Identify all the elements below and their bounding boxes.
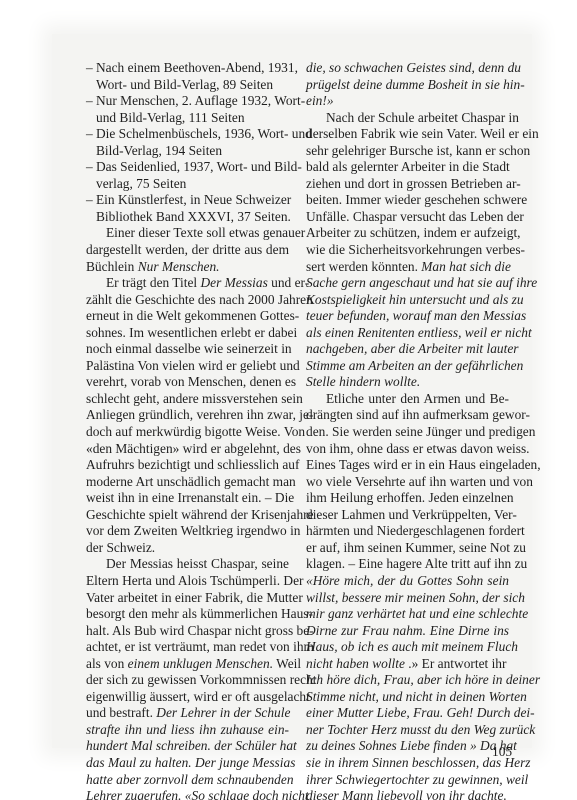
text-line: wie die Sicherheitsvorkehrungen verbes- (306, 242, 509, 259)
italic-run: willst, bessere mir meinen Sohn, der sic… (306, 590, 525, 605)
text-line: als von einem unklugen Menschen. Weil (86, 656, 289, 673)
text-line: härmten und Niedergeschlagenen fordert (306, 523, 509, 540)
text-line: Eines Tages wird er in ein Haus eingelad… (306, 457, 509, 474)
text-line: weist ihn in eine Irrenanstalt ein. – Di… (86, 490, 289, 507)
right-text-column: die, so schwachen Geistes sind, denn dup… (306, 60, 509, 800)
text-line: «Höre mich, der du Gottes Sohn sein (306, 573, 509, 590)
text-line: Unfälle. Chaspar versucht das Leben der (306, 209, 509, 226)
italic-run: hundert Mal schreiben. der Schüler hat (86, 738, 297, 753)
italic-run: die, so schwachen Geistes sind, denn du (306, 60, 521, 75)
text-line: Stimme am Arbeiten an der gefährlichen (306, 358, 509, 375)
text-line: Geschichte spielt während der Krisenjahr… (86, 507, 289, 524)
italic-run: Stimme am Arbeiten an der gefährlichen (306, 358, 523, 373)
text-line: ziehen und dort in grossen Betrieben ar- (306, 176, 509, 193)
text-line: beiten. Immer wieder geschehen schwere (306, 192, 509, 209)
text-line: klagen. – Eine hagere Alte tritt auf ihn… (306, 556, 509, 573)
text-line: Ich höre dich, Frau, aber ich höre in de… (306, 672, 509, 689)
text-line: doch auf merkwürdig bigotte Weise. Von (86, 424, 289, 441)
italic-run: Der Messias (200, 275, 267, 290)
text-line: Nach einem Beethoven-Abend, 1931, (86, 60, 289, 77)
text-line: Aufruhrs bezichtigt und schliesslich auf (86, 457, 289, 474)
text-line: Einer dieser Texte soll etwas genauer (86, 225, 289, 242)
italic-run: prügelst deine dumme Bosheit in sie hin- (306, 77, 525, 92)
text-line: schlecht geht, andere missverstehen sein (86, 391, 289, 408)
italic-run: Der Lehrer in der Schule (156, 705, 290, 720)
text-line: Wort- und Bild-Verlag, 89 Seiten (86, 77, 289, 94)
text-line: Sache gern angeschaut und hat sie auf ih… (306, 275, 509, 292)
italic-run: «Höre mich, der du Gottes Sohn sein (306, 573, 509, 588)
text-line: ihm Heilung erhoffen. Jeden einzelnen (306, 490, 509, 507)
text-line: Eltern Herta und Alois Tschümperli. Der (86, 573, 289, 590)
text-line: Arbeiter zu schützen, indem er aufzeigt, (306, 225, 509, 242)
italic-run: nachgeben, aber die Arbeiter mit lauter (306, 341, 518, 356)
italic-run: Haus, ob ich es auch mit meinem Fluch (306, 639, 518, 654)
text-line: Palästina Von vielen wird er geliebt und (86, 358, 289, 375)
text-line: Anliegen gründlich, verehren ihn zwar, j… (86, 407, 289, 424)
text-line: Vater arbeitet in einer Fabrik, die Mutt… (86, 590, 289, 607)
text-line: zählt die Geschichte des nach 2000 Jahre… (86, 292, 289, 309)
text-run: Weil (273, 656, 301, 671)
text-line: als einen Renitenten entliess, weil er n… (306, 325, 509, 342)
text-line: und bestraft. Der Lehrer in der Schule (86, 705, 289, 722)
text-line: Bild-Verlag, 194 Seiten (86, 143, 289, 160)
italic-run: zu deines Sohnes Liebe finden » Da hat (306, 738, 517, 753)
text-line: halt. Als Bub wird Chaspar nicht gross b… (86, 623, 289, 640)
text-line: der sich zu gewissen Vorkommnissen recht (86, 672, 289, 689)
text-run: Büchlein (86, 259, 138, 274)
text-line: die, so schwachen Geistes sind, denn du (306, 60, 509, 77)
italic-run: Ich höre dich, Frau, aber ich höre in de… (306, 672, 540, 687)
text-line: «den Mächtigen» wird er abgelehnt, des (86, 441, 289, 458)
text-line: besorgt den mehr als kümmerlichen Haus- (86, 606, 289, 623)
italic-run: Stelle hindern wollte. (306, 374, 420, 389)
italic-run: hatte aber zornvoll dem schnaubenden (86, 772, 294, 787)
text-line: derselben Fabrik wie sein Vater. Weil er… (306, 126, 509, 143)
page-number: 105 (492, 744, 512, 760)
text-line: und Bild-Verlag, 111 Seiten (86, 110, 289, 127)
text-line: hundert Mal schreiben. der Schüler hat (86, 738, 289, 755)
italic-run: dieser Mann liebevoll von ihr dachte. (306, 788, 507, 800)
italic-run: ein!» (306, 93, 334, 108)
text-line: sohnes. Im wesentlichen erlebt er dabei (86, 325, 289, 342)
text-line: Etliche unter den Armen und Be- (306, 391, 509, 408)
text-line: sert werden könnten. Man hat sich die (306, 259, 509, 276)
italic-run: Man hat sich die (421, 259, 511, 274)
text-line: Lehrer zugerufen. «So schlage doch nicht (86, 788, 289, 800)
text-line: verehrt, vorab von Menschen, denen es (86, 374, 289, 391)
text-line: bald als gelernter Arbeiter in die Stadt (306, 159, 509, 176)
text-line: verlag, 75 Seiten (86, 176, 289, 193)
text-line: achtet, er ist verträumt, man redet von … (86, 639, 289, 656)
italic-run: einer Mutter Liebe, Frau. Geh! Durch dei… (306, 705, 535, 720)
text-line: Stelle hindern wollte. (306, 374, 509, 391)
italic-run: einem unklugen Menschen. (128, 656, 273, 671)
text-run: Er trägt den Titel (106, 275, 200, 290)
text-line: Er trägt den Titel Der Messias und er- (86, 275, 289, 292)
italic-run: Dirne zur Frau nahm. Eine Dirne ins (306, 623, 509, 638)
text-run: sert werden könnten. (306, 259, 421, 274)
text-line: erneut in die Welt gekommenen Gottes- (86, 308, 289, 325)
text-line: noch einmal dasselbe wie seinerzeit in (86, 341, 289, 358)
text-line: Das Seidenlied, 1937, Wort- und Bild- (86, 159, 289, 176)
text-line: von ihm, ohne dass er etwas davon weiss. (306, 441, 509, 458)
text-run: .» Er antwortet ihr (405, 656, 507, 671)
italic-run: Lehrer zugerufen. «So schlage doch nicht (86, 788, 309, 800)
italic-run: Kostspieligkeit hin untersucht und als z… (306, 292, 524, 307)
text-line: dieser Mann liebevoll von ihr dachte. (306, 788, 509, 800)
italic-run: als einen Renitenten entliess, weil er n… (306, 325, 532, 340)
text-line: Dirne zur Frau nahm. Eine Dirne ins (306, 623, 509, 640)
text-line: eigenwillig äussert, wird er oft ausgela… (86, 689, 289, 706)
italic-run: nicht haben wollte (306, 656, 405, 671)
text-line: nicht haben wollte .» Er antwortet ihr (306, 656, 509, 673)
text-line: den. Sie werden seine Jünger und predige… (306, 424, 509, 441)
text-line: Nach der Schule arbeitet Chaspar in (306, 110, 509, 127)
text-line: ein!» (306, 93, 509, 110)
text-line: nachgeben, aber die Arbeiter mit lauter (306, 341, 509, 358)
text-line: Der Messias heisst Chaspar, seine (86, 556, 289, 573)
text-line: Bibliothek Band XXXVI, 37 Seiten. (86, 209, 289, 226)
text-run: als von (86, 656, 128, 671)
text-line: Kostspieligkeit hin untersucht und als z… (306, 292, 509, 309)
italic-run: Sache gern angeschaut und hat sie auf ih… (306, 275, 537, 290)
text-line: er auf, ihm seinen Kummer, seine Not zu (306, 540, 509, 557)
text-line: willst, bessere mir meinen Sohn, der sic… (306, 590, 509, 607)
text-line: Büchlein Nur Menschen. (86, 259, 289, 276)
text-line: strafte ihn und liess ihn zuhause ein- (86, 722, 289, 739)
text-line: Haus, ob ich es auch mit meinem Fluch (306, 639, 509, 656)
italic-run: das Maul zu halten. Der junge Messias (86, 755, 295, 770)
text-line: das Maul zu halten. Der junge Messias (86, 755, 289, 772)
text-line: dieser Lahmen und Verkrüppelten, Ver- (306, 507, 509, 524)
text-line: Nur Menschen, 2. Auflage 1932, Wort- (86, 93, 289, 110)
text-line: hatte aber zornvoll dem schnaubenden (86, 772, 289, 789)
text-run: und bestraft. (86, 705, 156, 720)
text-line: einer Mutter Liebe, Frau. Geh! Durch dei… (306, 705, 509, 722)
text-line: mir ganz verhärtet hat und eine schlecht… (306, 606, 509, 623)
text-run: und er- (268, 275, 309, 290)
italic-run: Stimme nicht, und nicht in deinen Worten (306, 689, 527, 704)
italic-run: strafte ihn und liess ihn zuhause ein- (86, 722, 289, 737)
text-line: der Schweiz. (86, 540, 289, 557)
text-line: vor dem Zweiten Weltkrieg irgendwo in (86, 523, 289, 540)
italic-run: ihrer Schwiegertochter zu gewinnen, weil (306, 772, 528, 787)
text-line: wo viele Versehrte auf ihn warten und vo… (306, 474, 509, 491)
text-line: ner Tochter Herz musst du den Weg zurück (306, 722, 509, 739)
text-line: zu deines Sohnes Liebe finden » Da hat (306, 738, 509, 755)
text-line: Die Schelmenbüschels, 1936, Wort- und (86, 126, 289, 143)
text-line: dargestellt werden, der dritte aus dem (86, 242, 289, 259)
text-line: sehr gelehriger Bursche ist, kann er sch… (306, 143, 509, 160)
italic-run: ner Tochter Herz musst du den Weg zurück (306, 722, 535, 737)
text-line: prügelst deine dumme Bosheit in sie hin- (306, 77, 509, 94)
italic-run: teuer befunden, worauf man den Messias (306, 308, 526, 323)
text-line: teuer befunden, worauf man den Messias (306, 308, 509, 325)
text-line: drängten sind auf ihn aufmerksam gewor- (306, 407, 509, 424)
text-line: Ein Künstlerfest, in Neue Schweizer (86, 192, 289, 209)
left-text-column: Nach einem Beethoven-Abend, 1931,Wort- u… (86, 60, 289, 800)
text-line: moderne Art unschädlich gemacht man (86, 474, 289, 491)
italic-run: Nur Menschen. (138, 259, 220, 274)
italic-run: mir ganz verhärtet hat und eine schlecht… (306, 606, 528, 621)
text-line: sie in ihrem Sinnen beschlossen, das Her… (306, 755, 509, 772)
text-line: Stimme nicht, und nicht in deinen Worten (306, 689, 509, 706)
text-line: ihrer Schwiegertochter zu gewinnen, weil (306, 772, 509, 789)
